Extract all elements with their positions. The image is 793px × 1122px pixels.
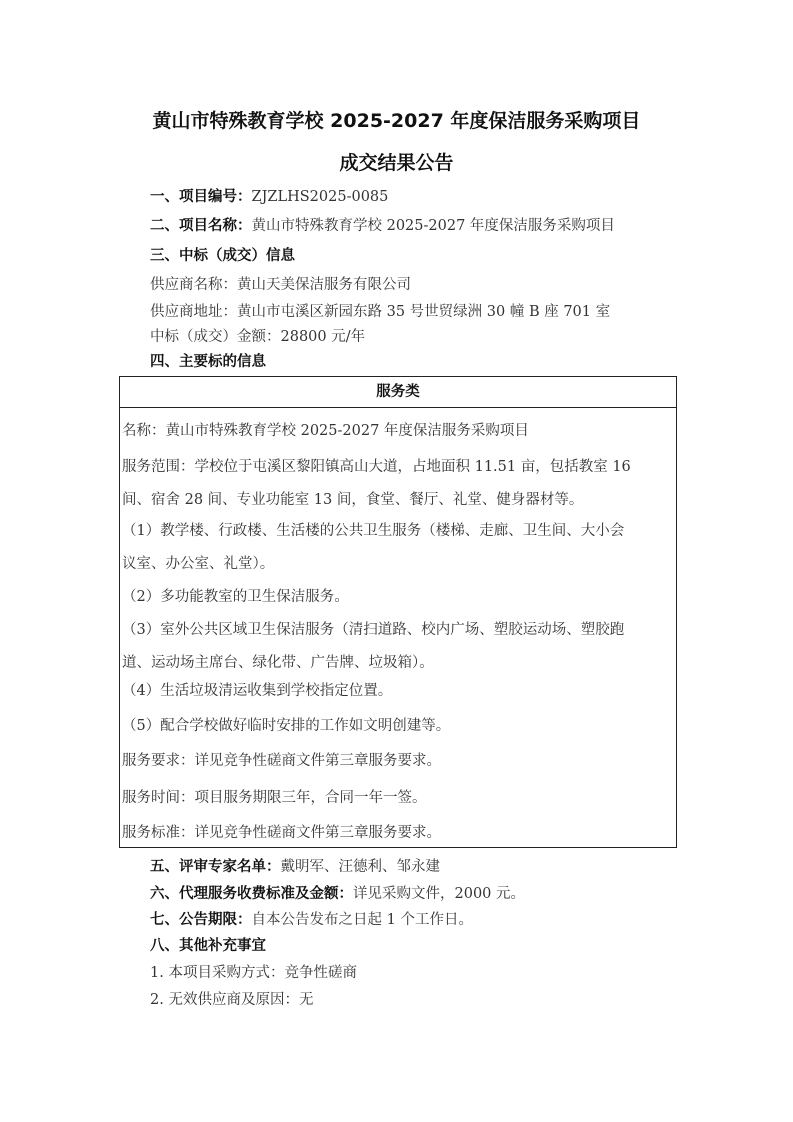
main-subject-heading-text: 四、主要标的信息 (150, 354, 266, 370)
notice-period-value: 自本公告发布之日起 1 个工作日。 (252, 912, 473, 928)
main-subject-heading: 四、主要标的信息 (150, 350, 266, 371)
table-line: 议室、办公室、礼堂）。 (122, 552, 274, 573)
supplementary-heading: 八、其他补充事宜 (150, 934, 266, 955)
award-info-heading-text: 三、中标（成交）信息 (150, 248, 295, 264)
supplementary-item-1: 1. 本项目采购方式：竞争性磋商 (150, 961, 357, 982)
subject-info-table: 服务类 名称：黄山市特殊教育学校 2025-2027 年度保洁服务采购项目 服务… (119, 376, 677, 848)
table-line: 名称：黄山市特殊教育学校 2025-2027 年度保洁服务采购项目 (122, 419, 529, 440)
supplier-address: 供应商地址：黄山市屯溪区新园东路 35 号世贸绿洲 30 幢 B 座 701 室 (150, 300, 610, 321)
document-title: 黄山市特殊教育学校 2025-2027 年度保洁服务采购项目 (0, 106, 793, 133)
table-header: 服务类 (120, 377, 676, 408)
table-line: 服务标准：详见竞争性磋商文件第三章服务要求。 (122, 821, 441, 842)
table-line: 服务要求：详见竞争性磋商文件第三章服务要求。 (122, 749, 441, 770)
agency-fee: 六、代理服务收费标准及金额：详见采购文件，2000 元。 (150, 882, 525, 903)
project-number-value: ZJZLHS2025-0085 (252, 189, 389, 205)
table-line: 服务时间：项目服务期限三年，合同一年一签。 (122, 786, 427, 807)
agency-fee-label: 六、代理服务收费标准及金额： (150, 886, 353, 902)
project-name: 二、项目名称：黄山市特殊教育学校 2025-2027 年度保洁服务采购项目 (150, 214, 615, 235)
table-line: （3）室外公共区域卫生保洁服务（清扫道路、校内广场、塑胶运动场、塑胶跑 (122, 618, 624, 639)
award-amount: 中标（成交）金额：28800 元/年 (150, 325, 365, 346)
document-subtitle: 成交结果公告 (0, 148, 793, 175)
table-line: 道、运动场主席台、绿化带、广告牌、垃圾箱）。 (122, 651, 434, 672)
review-experts-label: 五、评审专家名单： (150, 859, 281, 875)
project-name-label: 二、项目名称： (150, 218, 252, 234)
review-experts: 五、评审专家名单：戴明军、汪德利、邹永建 (150, 855, 440, 876)
supplementary-heading-text: 八、其他补充事宜 (150, 938, 266, 954)
table-line: （2）多功能教室的卫生保洁服务。 (122, 585, 349, 606)
award-info-heading: 三、中标（成交）信息 (150, 244, 295, 265)
table-line: （5）配合学校做好临时安排的工作如文明创建等。 (122, 714, 450, 735)
table-line: （4）生活垃圾清运收集到学校指定位置。 (122, 679, 392, 700)
notice-period: 七、公告期限：自本公告发布之日起 1 个工作日。 (150, 908, 473, 929)
agency-fee-value: 详见采购文件，2000 元。 (353, 886, 525, 902)
project-number-label: 一、项目编号： (150, 189, 252, 205)
supplementary-item-2: 2. 无效供应商及原因：无 (150, 988, 313, 1009)
review-experts-value: 戴明军、汪德利、邹永建 (281, 859, 441, 875)
notice-period-label: 七、公告期限： (150, 912, 252, 928)
project-number: 一、项目编号：ZJZLHS2025-0085 (150, 185, 388, 206)
table-line: （1）教学楼、行政楼、生活楼的公共卫生服务（楼梯、走廊、卫生间、大小会 (122, 519, 624, 540)
table-line: 服务范围：学校位于屯溪区黎阳镇高山大道，占地面积 11.51 亩，包括教室 16 (122, 455, 631, 476)
table-line: 间、宿舍 28 间、专业功能室 13 间，食堂、餐厅、礼堂、健身器材等。 (122, 488, 583, 509)
project-name-value: 黄山市特殊教育学校 2025-2027 年度保洁服务采购项目 (252, 218, 615, 234)
supplier-name: 供应商名称：黄山天美保洁服务有限公司 (150, 273, 411, 294)
